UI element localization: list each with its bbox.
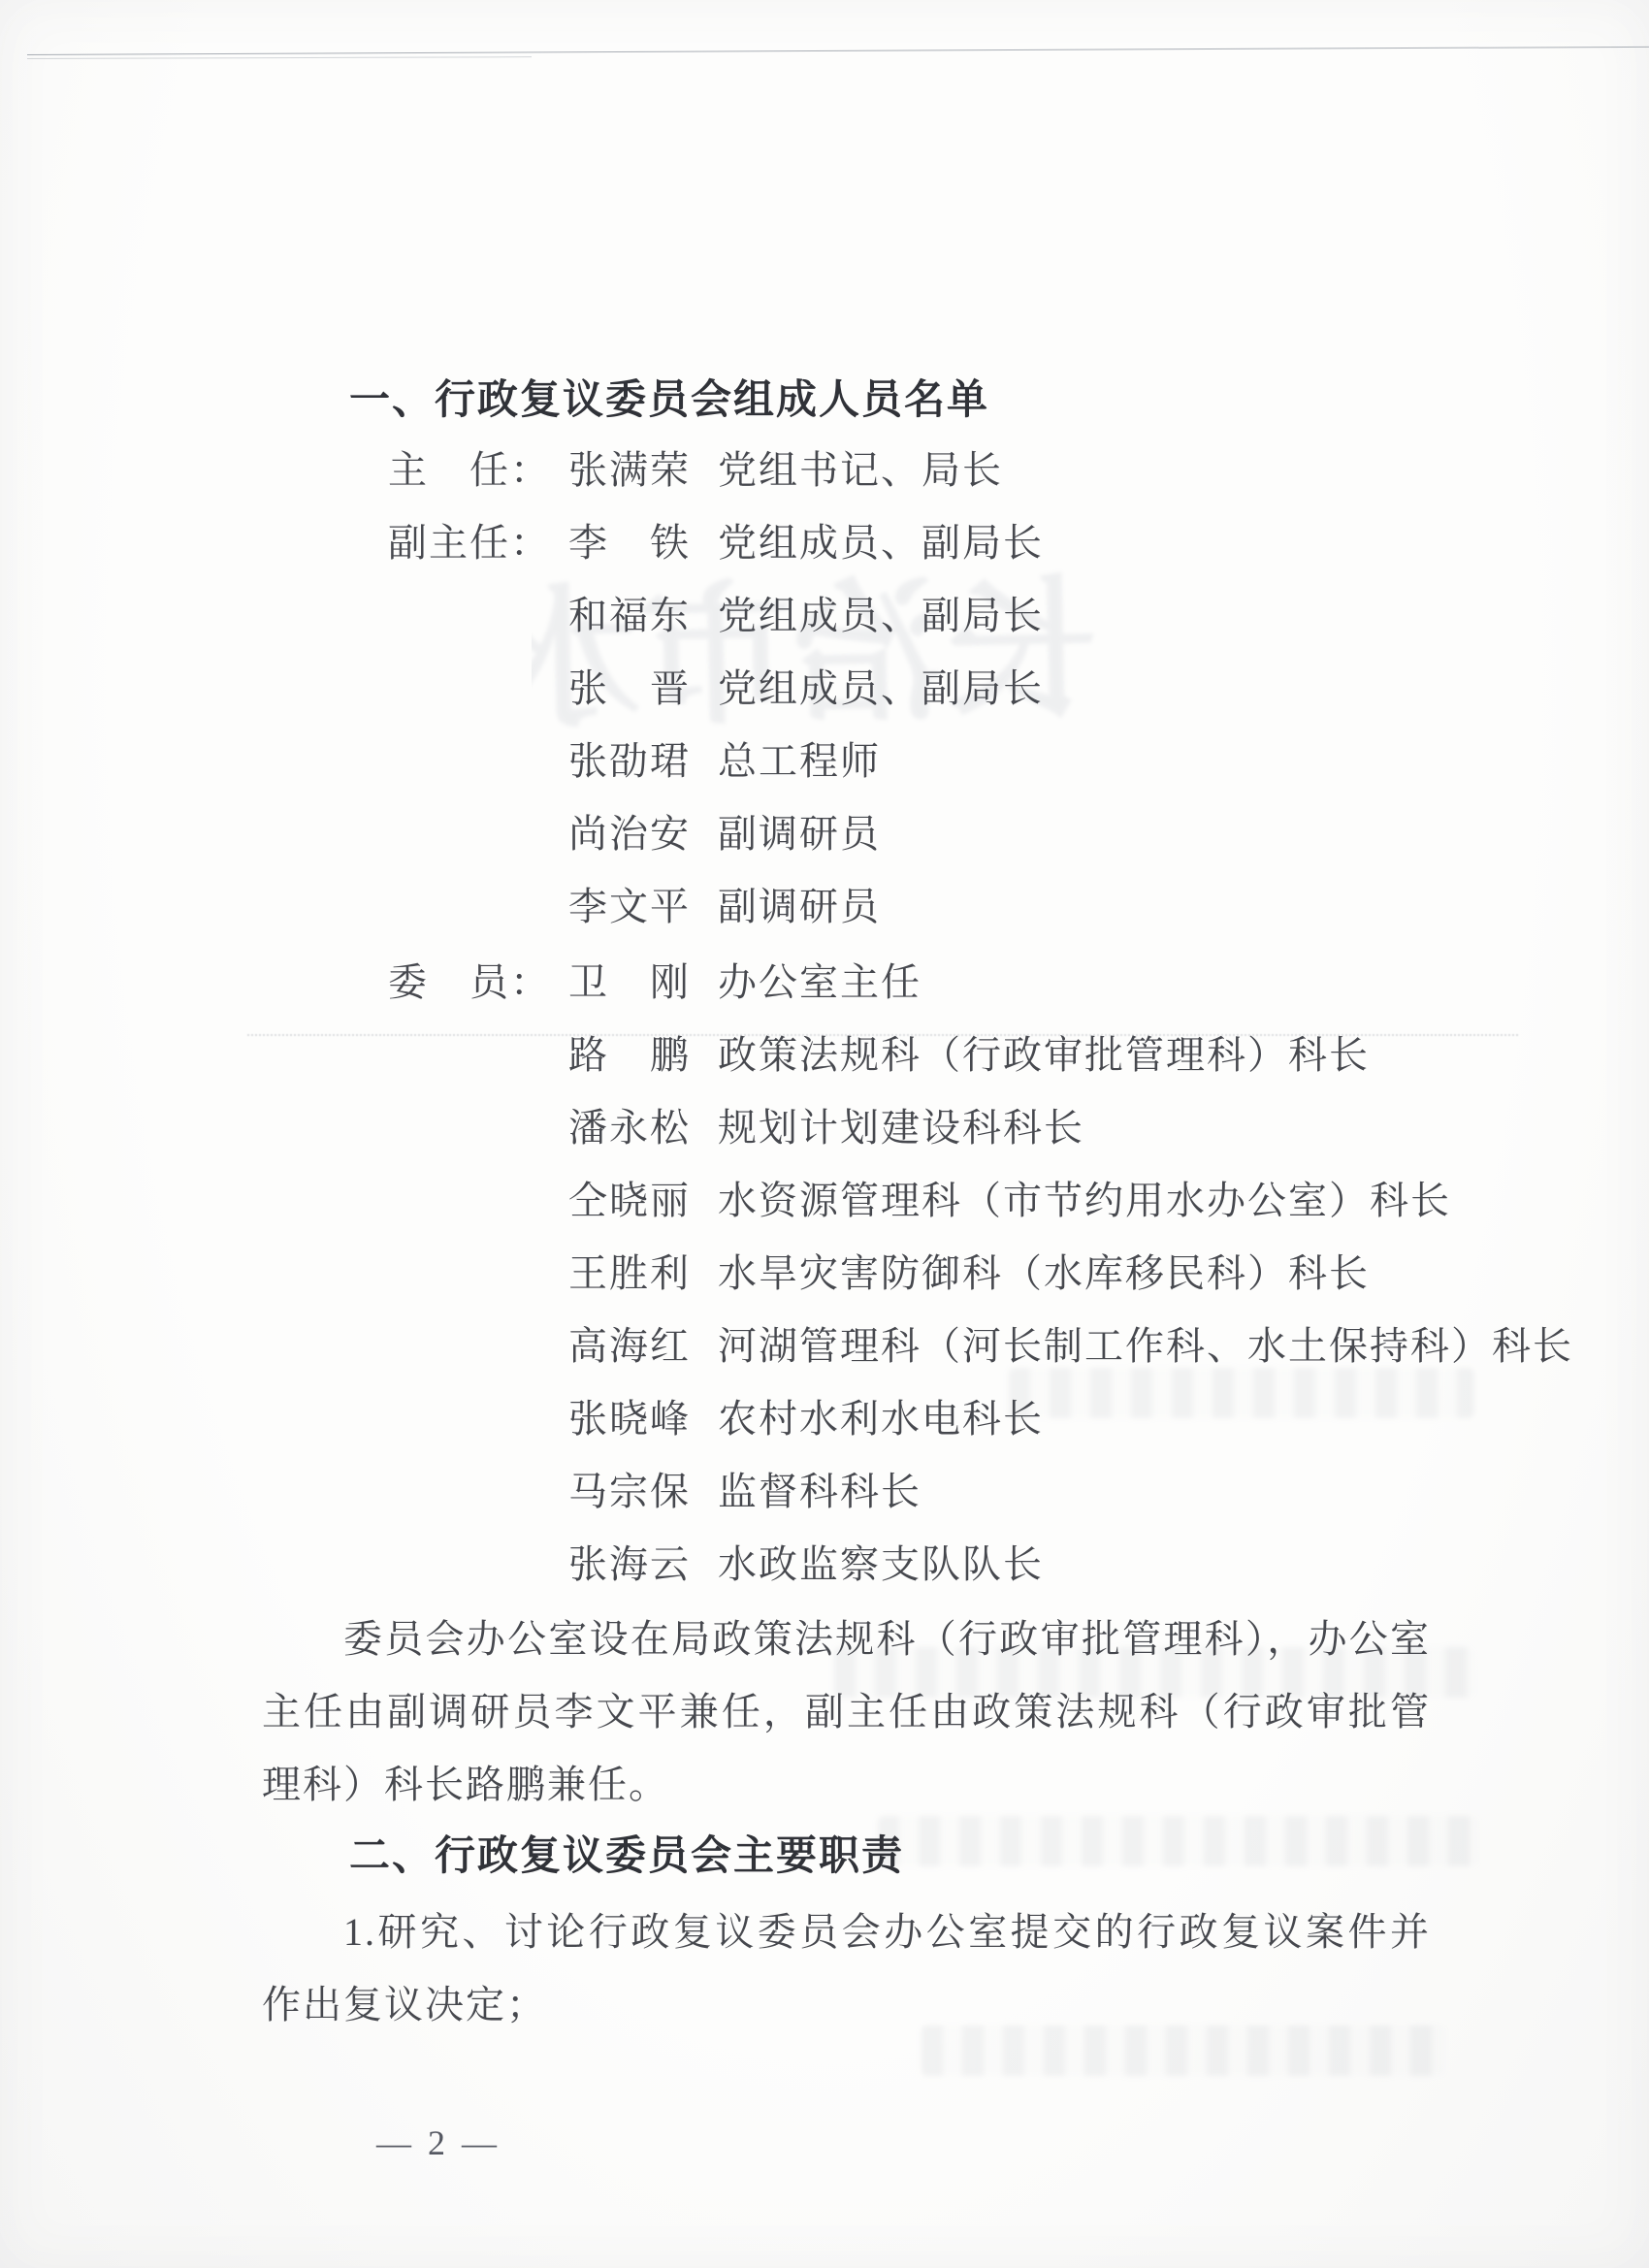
roster-name: 马宗保: [568, 1466, 718, 1518]
roster-position: 党组成员、副局长: [718, 590, 1044, 642]
roster-position: 党组成员、副局长: [718, 663, 1044, 715]
section2-heading: 二、行政复议委员会主要职责: [349, 1830, 904, 1882]
bleedthrough-smudge: [1009, 1368, 1474, 1418]
letterhead-bleedthrough-text: 长治市水利局文件: [532, 558, 1099, 758]
duty-item-1: 1.研究、讨论行政复议委员会办公室提交的行政复议案件并作出复议决定；: [262, 1895, 1431, 2041]
roster-name: 张劭珺: [568, 735, 718, 788]
bleedthrough-smudge: [878, 1816, 1479, 1866]
roster-name: 高海红: [568, 1320, 718, 1373]
roster-name: 尚治安: [568, 808, 718, 860]
roster-row: 王胜利水旱灾害防御科（水库移民科）科长: [388, 1247, 1370, 1300]
roster-row: 委 员：卫 刚办公室主任: [388, 956, 921, 1009]
roster-row: 张劭珺总工程师: [388, 735, 881, 788]
roster-position: 水政监察支队队长: [718, 1539, 1044, 1591]
roster-position: 水资源管理科（市节约用水办公室）科长: [718, 1175, 1451, 1227]
roster-row: 李文平副调研员: [388, 881, 881, 933]
roster-position: 监督科科长: [718, 1466, 921, 1518]
roster-position: 政策法规科（行政审批管理科）科长: [718, 1029, 1370, 1082]
roster-position: 水旱灾害防御科（水库移民科）科长: [718, 1247, 1370, 1300]
roster-row: 主 任：张满荣党组书记、局长: [388, 444, 1003, 497]
roster-row: 和福东党组成员、副局长: [388, 590, 1044, 642]
roster-position: 规划计划建设科科长: [718, 1102, 1084, 1154]
roster-name: 张海云: [568, 1539, 718, 1591]
roster-row: 潘永松规划计划建设科科长: [388, 1102, 1084, 1154]
roster-position: 党组成员、副局长: [718, 517, 1044, 569]
page-number: — 2 —: [376, 2122, 501, 2163]
roster-name: 张晓峰: [568, 1393, 718, 1445]
roster-name: 李文平: [568, 881, 718, 933]
scan-artifact-line: [27, 47, 1649, 55]
roster-position: 农村水利水电科长: [718, 1393, 1044, 1445]
scanned-document-page: 长治市水利局文件 一、行政复议委员会组成人员名单 主 任：张满荣党组书记、局长 …: [0, 0, 1649, 2268]
roster-name: 张满荣: [568, 444, 718, 497]
roster-row: 张晓峰农村水利水电科长: [388, 1393, 1044, 1445]
roster-position: 办公室主任: [718, 956, 921, 1009]
roster-name: 李 铁: [568, 517, 718, 569]
roster-row: 仝晓丽水资源管理科（市节约用水办公室）科长: [388, 1175, 1451, 1227]
roster-name: 卫 刚: [568, 956, 718, 1009]
roster-position: 副调研员: [718, 881, 881, 933]
roster-position: 副调研员: [718, 808, 881, 860]
roster-row: 路 鹏政策法规科（行政审批管理科）科长: [388, 1029, 1370, 1082]
section1-heading: 一、行政复议委员会组成人员名单: [349, 373, 989, 426]
roster-name: 潘永松: [568, 1102, 718, 1154]
roster-row: 副主任：李 铁党组成员、副局长: [388, 517, 1044, 569]
roster-name: 和福东: [568, 590, 718, 642]
roster-role-label: 副主任：: [388, 517, 568, 569]
roster-row: 马宗保监督科科长: [388, 1466, 921, 1518]
scan-artifact-line-secondary: [27, 56, 532, 59]
roster-position: 党组书记、局长: [718, 444, 1003, 497]
roster-name: 王胜利: [568, 1247, 718, 1300]
roster-position: 总工程师: [718, 735, 881, 788]
roster-name: 张 晋: [568, 663, 718, 715]
roster-row: 张海云水政监察支队队长: [388, 1539, 1044, 1591]
roster-row: 尚治安副调研员: [388, 808, 881, 860]
roster-name: 路 鹏: [568, 1029, 718, 1082]
office-setup-paragraph: 委员会办公室设在局政策法规科（行政审批管理科），办公室主任由副调研员李文平兼任，…: [262, 1603, 1431, 1821]
roster-role-label: 委 员：: [388, 956, 568, 1009]
roster-role-label: 主 任：: [388, 444, 568, 497]
roster-row: 高海红河湖管理科（河长制工作科、水土保持科）科长: [388, 1320, 1573, 1373]
roster-name: 仝晓丽: [568, 1175, 718, 1227]
roster-row: 张 晋党组成员、副局长: [388, 663, 1044, 715]
roster-position: 河湖管理科（河长制工作科、水土保持科）科长: [718, 1320, 1573, 1373]
